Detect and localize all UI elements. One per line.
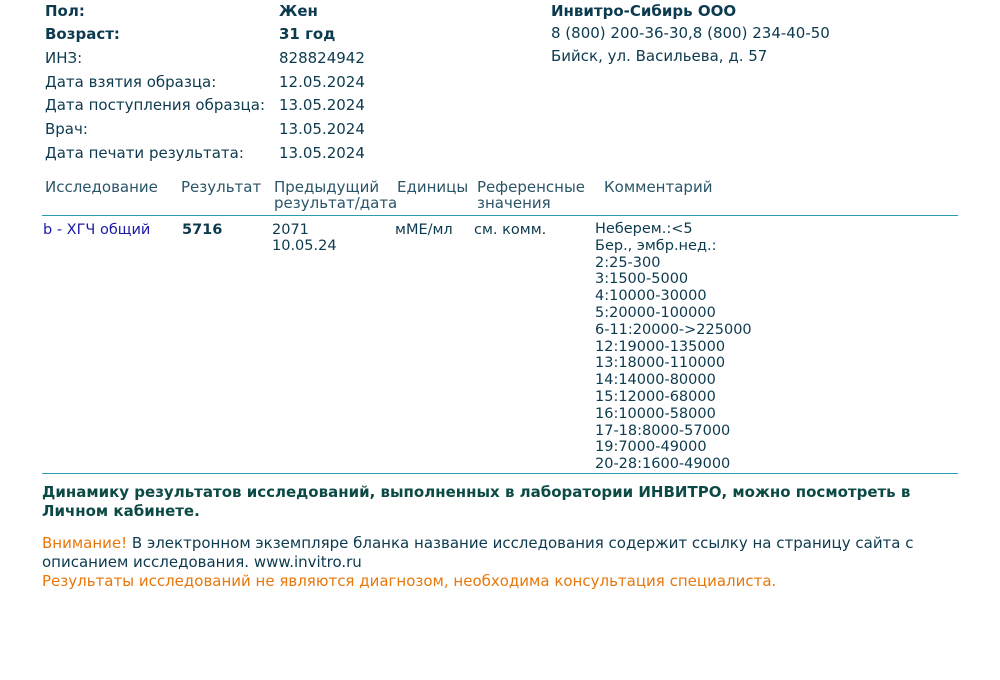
- comment-block: Неберем.:<5Бер., эмбр.нед.:2:25-3003:150…: [595, 221, 752, 473]
- comment-line: Бер., эмбр.нед.:: [595, 238, 752, 255]
- comment-line: 13:18000-110000: [595, 355, 752, 372]
- sample-received-value: 13.05.2024: [279, 96, 365, 114]
- comment-line: 3:1500-5000: [595, 271, 752, 288]
- header-previous: Предыдущий результат/дата: [274, 179, 397, 211]
- comment-line: 15:12000-68000: [595, 389, 752, 406]
- result-value: 5716: [182, 222, 222, 238]
- sex-label: Пол:: [45, 2, 85, 20]
- comment-line: 5:20000-100000: [595, 305, 752, 322]
- header-previous-line2: результат/дата: [274, 195, 397, 211]
- sex-value: Жен: [279, 2, 318, 20]
- comment-line: Неберем.:<5: [595, 221, 752, 238]
- attention-note: Внимание! В электронном экземпляре бланк…: [42, 534, 972, 572]
- sample-taken-label: Дата взятия образца:: [45, 73, 216, 91]
- print-date-label: Дата печати результата:: [45, 144, 244, 162]
- attention-label: Внимание!: [42, 534, 127, 552]
- comment-line: 16:10000-58000: [595, 406, 752, 423]
- comment-line: 4:10000-30000: [595, 288, 752, 305]
- comment-line: 17-18:8000-57000: [595, 423, 752, 440]
- lab-address: Бийск, ул. Васильева, д. 57: [551, 47, 767, 65]
- comment-line: 6-11:20000->225000: [595, 322, 752, 339]
- site-link[interactable]: www.invitro.ru: [254, 553, 362, 571]
- units-value: мМЕ/мл: [395, 222, 453, 238]
- header-units: Единицы: [397, 179, 468, 195]
- age-label: Возраст:: [45, 25, 120, 43]
- attention-text: В электронном экземпляре бланка название…: [42, 534, 914, 571]
- sample-taken-value: 12.05.2024: [279, 73, 365, 91]
- doctor-value: 13.05.2024: [279, 120, 365, 138]
- sample-received-label: Дата поступления образца:: [45, 96, 265, 114]
- age-value: 31 год: [279, 25, 335, 43]
- comment-line: 2:25-300: [595, 255, 752, 272]
- doctor-label: Врач:: [45, 120, 88, 138]
- header-divider: [42, 215, 958, 216]
- previous-value: 2071: [272, 222, 337, 238]
- test-name-link[interactable]: b - ХГЧ общий: [43, 222, 150, 238]
- comment-line: 19:7000-49000: [595, 439, 752, 456]
- header-reference: Референсные значения: [477, 179, 585, 211]
- header-reference-line1: Референсные: [477, 179, 585, 195]
- comment-line: 14:14000-80000: [595, 372, 752, 389]
- header-test: Исследование: [45, 179, 158, 195]
- dynamics-note: Динамику результатов исследований, выпол…: [42, 483, 942, 521]
- header-comment: Комментарий: [604, 179, 712, 195]
- print-date-value: 13.05.2024: [279, 144, 365, 162]
- lab-name: Инвитро-Сибирь ООО: [551, 2, 736, 20]
- inz-label: ИНЗ:: [45, 49, 82, 67]
- lab-phones: 8 (800) 200-36-30,8 (800) 234-40-50: [551, 24, 830, 42]
- previous-result: 2071 10.05.24: [272, 222, 337, 254]
- reference-value: см. комм.: [474, 222, 546, 238]
- header-previous-line1: Предыдущий: [274, 179, 397, 195]
- inz-value: 828824942: [279, 49, 365, 67]
- table-bottom-divider: [42, 473, 958, 474]
- comment-line: 20-28:1600-49000: [595, 456, 752, 473]
- comment-line: 12:19000-135000: [595, 339, 752, 356]
- disclaimer: Результаты исследований не являются диаг…: [42, 572, 776, 591]
- previous-date: 10.05.24: [272, 238, 337, 254]
- header-reference-line2: значения: [477, 195, 585, 211]
- header-result: Результат: [181, 179, 261, 195]
